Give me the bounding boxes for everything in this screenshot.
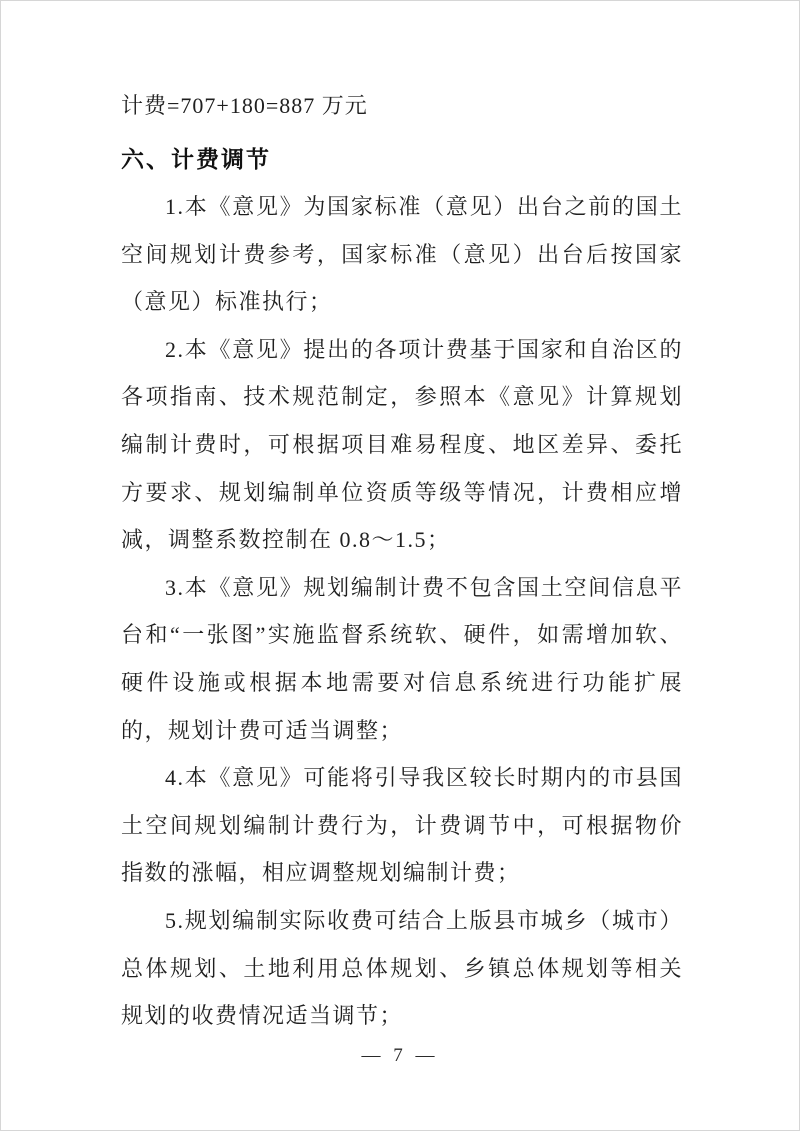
paragraph-list: 1.本《意见》为国家标准（意见）出台之前的国土空间规划计费参考，国家标准（意见）… xyxy=(121,183,683,1040)
document-content: 计费=707+180=887 万元 六、计费调节 1.本《意见》为国家标准（意见… xyxy=(121,91,683,1040)
document-page: 计费=707+180=887 万元 六、计费调节 1.本《意见》为国家标准（意见… xyxy=(0,0,800,1131)
page-number: — 7 — xyxy=(1,1045,799,1067)
paragraph-item-4: 4.本《意见》可能将引导我区较长时期内的市县国土空间规划编制计费行为，计费调节中… xyxy=(121,754,683,897)
paragraph-item-1: 1.本《意见》为国家标准（意见）出台之前的国土空间规划计费参考，国家标准（意见）… xyxy=(121,183,683,326)
paragraph-item-3: 3.本《意见》规划编制计费不包含国土空间信息平台和“一张图”实施监督系统软、硬件… xyxy=(121,564,683,754)
paragraph-item-2: 2.本《意见》提出的各项计费基于国家和自治区的各项指南、技术规范制定，参照本《意… xyxy=(121,326,683,564)
paragraph-item-5: 5.规划编制实际收费可结合上版县市城乡（城市）总体规划、土地利用总体规划、乡镇总… xyxy=(121,897,683,1040)
section-heading: 六、计费调节 xyxy=(121,143,683,175)
fee-formula-line: 计费=707+180=887 万元 xyxy=(121,91,683,121)
